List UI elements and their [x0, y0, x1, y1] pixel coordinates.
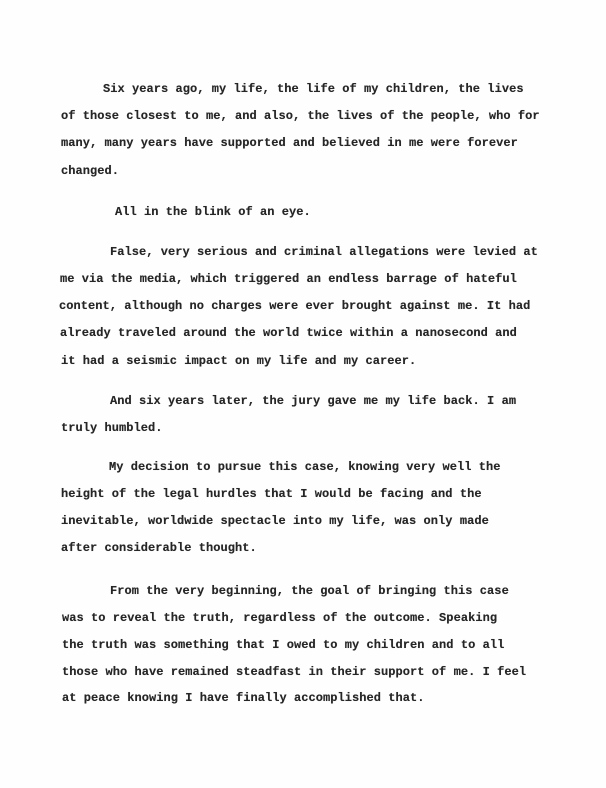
paragraph-3-line-1: False, very serious and criminal allegat…: [110, 245, 538, 259]
paragraph-3-line-5: it had a seismic impact on my life and m…: [61, 354, 416, 368]
paragraph-4-line-2: truly humbled.: [61, 421, 163, 435]
paragraph-5-line-3: inevitable, worldwide spectacle into my …: [61, 514, 489, 528]
paragraph-4-line-1: And six years later, the jury gave me my…: [110, 394, 516, 408]
paragraph-1-line-3: many, many years have supported and beli…: [61, 136, 518, 150]
typewritten-page: Six years ago, my life, the life of my c…: [0, 0, 606, 788]
paragraph-6-line-5: at peace knowing I have finally accompli…: [62, 691, 425, 705]
paragraph-6-line-1: From the very beginning, the goal of bri…: [110, 584, 509, 598]
paragraph-5-line-2: height of the legal hurdles that I would…: [61, 487, 482, 501]
paragraph-1-line-2: of those closest to me, and also, the li…: [61, 109, 540, 123]
paragraph-5-line-1: My decision to pursue this case, knowing…: [109, 460, 501, 474]
paragraph-6-line-4: those who have remained steadfast in the…: [62, 665, 526, 679]
paragraph-6-line-2: was to reveal the truth, regardless of t…: [62, 611, 497, 625]
paragraph-3-line-4: already traveled around the world twice …: [60, 326, 517, 340]
paragraph-6-line-3: the truth was something that I owed to m…: [62, 638, 504, 652]
paragraph-5-line-4: after considerable thought.: [61, 541, 257, 555]
paragraph-1-line-1: Six years ago, my life, the life of my c…: [103, 82, 524, 96]
paragraph-2-line-1: All in the blink of an eye.: [115, 205, 311, 219]
paragraph-3-line-2: me via the media, which triggered an end…: [60, 272, 517, 286]
paragraph-1-line-4: changed.: [61, 164, 119, 178]
paragraph-3-line-3: content, although no charges were ever b…: [59, 299, 530, 313]
